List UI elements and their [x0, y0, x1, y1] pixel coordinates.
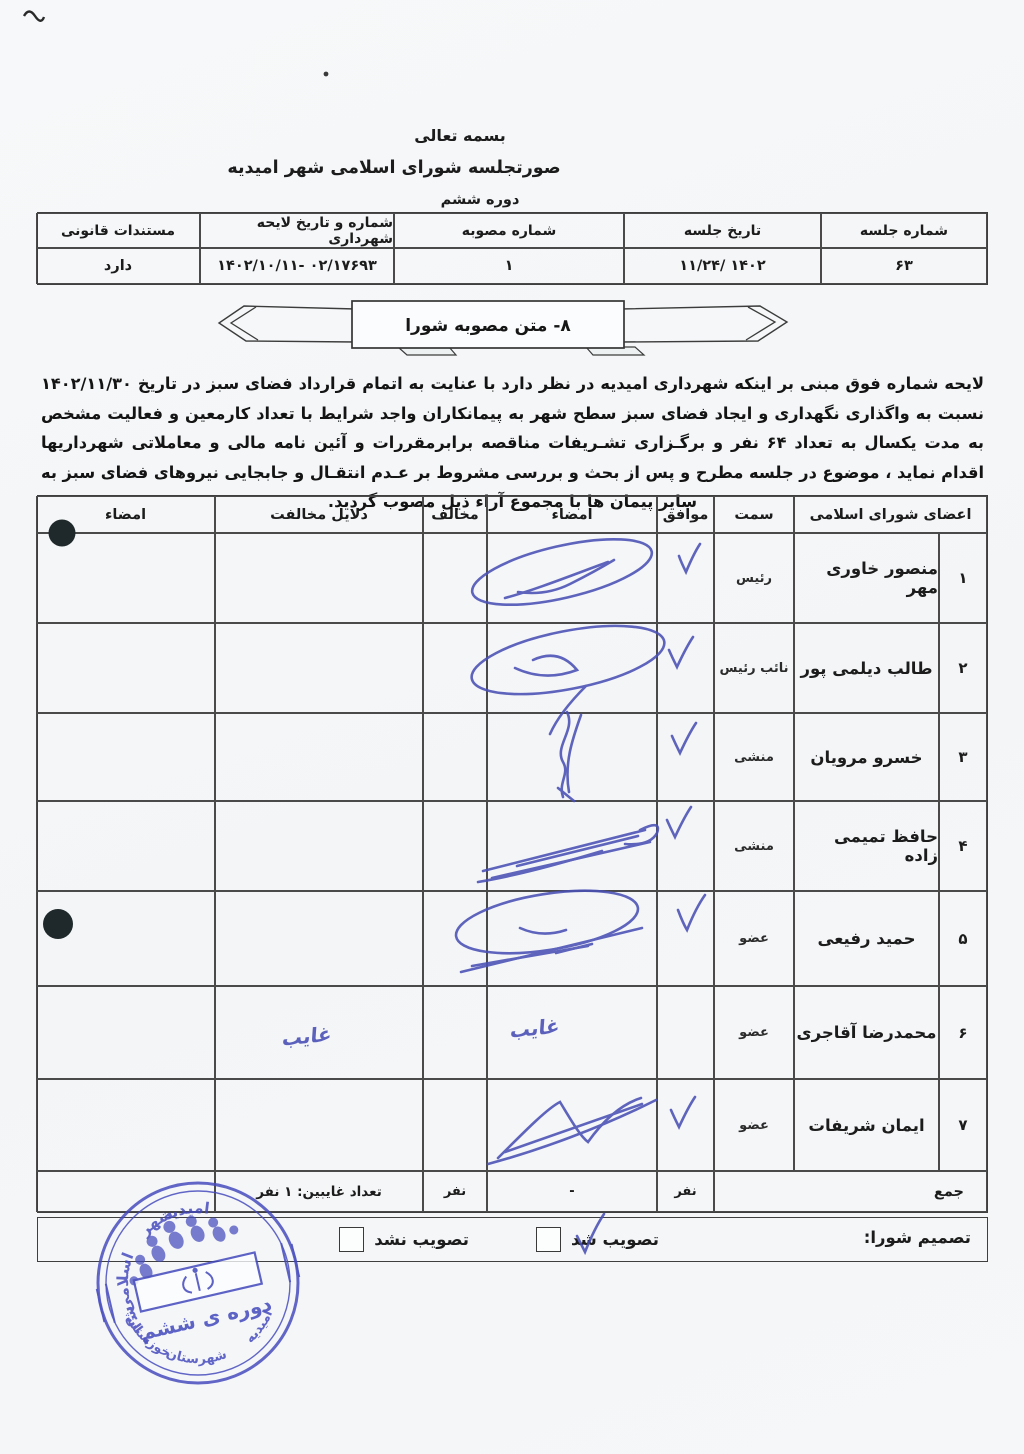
- agree-cell: [657, 986, 714, 1079]
- opposition-reasons-cell: [215, 623, 423, 713]
- option-approved: تصویب شد: [536, 1227, 659, 1252]
- member-position: منشی: [714, 801, 794, 891]
- ribbon-right-tail: [620, 306, 787, 342]
- ribbon-left-tail: [219, 306, 356, 342]
- header-legal-docs: مستندات قانونی: [36, 213, 200, 248]
- member-name: حافظ تمیمی زاده: [794, 801, 939, 891]
- signature2-cell: [36, 801, 215, 891]
- member-name: ایمان شریفات: [794, 1079, 939, 1171]
- council-stamp: شورای اسلامی شهر امیدیه استان خوزستان شه…: [80, 1160, 316, 1406]
- signature-cell: [487, 623, 657, 713]
- signature2-cell: [36, 713, 215, 801]
- signature-cell: [487, 1079, 657, 1171]
- total-signature-dash: -: [487, 1171, 657, 1212]
- opposition-reasons-cell: [215, 891, 423, 986]
- opposed-cell: [423, 801, 487, 891]
- row-number: ۷: [939, 1079, 987, 1171]
- value-bill-number-date: ۰۲/۱۷۶۹۳ -۱۴۰۲/۱۰/۱۱: [200, 248, 394, 284]
- agree-cell: [657, 891, 714, 986]
- header-session-number: شماره جلسه: [821, 213, 987, 248]
- agree-cell: [657, 623, 714, 713]
- document-title: صورتجلسه شورای اسلامی شهر امیدیه: [0, 158, 906, 178]
- signature-cell: [487, 891, 657, 986]
- approved-label: تصویب شد: [571, 1230, 659, 1249]
- row-number: ۲: [939, 623, 987, 713]
- bismillah-text: بسمه تعالی: [0, 126, 972, 145]
- not-approved-checkbox[interactable]: [339, 1227, 364, 1252]
- member-position: منشی: [714, 713, 794, 801]
- member-name: طالب دیلمی پور: [794, 623, 939, 713]
- scan-artifact-corner: [24, 12, 44, 21]
- signature2-cell: [36, 986, 215, 1079]
- header-session-date: تاریخ جلسه: [624, 213, 821, 248]
- not-approved-label: تصویب نشد: [374, 1230, 469, 1249]
- ribbon-title: ۸- متن مصوبه شورا: [405, 316, 571, 336]
- agree-cell: [657, 1079, 714, 1171]
- header-resolution-number: شماره مصوبه: [394, 213, 624, 248]
- total-agree-unit: نفر: [657, 1171, 714, 1212]
- member-name: حمید رفیعی: [794, 891, 939, 986]
- agree-cell: [657, 713, 714, 801]
- scan-artifact-dot: [324, 72, 329, 77]
- member-position: عضو: [714, 986, 794, 1079]
- signature-cell: [487, 713, 657, 801]
- member-position: عضو: [714, 1079, 794, 1171]
- scanned-document-page: بسمه تعالی صورتجلسه شورای اسلامی شهر امی…: [0, 0, 1024, 1454]
- row-number: ۶: [939, 986, 987, 1079]
- member-name: خسرو مرویان: [794, 713, 939, 801]
- header-signature: امضاء: [487, 496, 657, 533]
- decision-label: تصمیم شورا:: [864, 1228, 971, 1247]
- signature2-cell: [36, 623, 215, 713]
- council-term: دوره ششم: [0, 192, 992, 208]
- member-position: رئیس: [714, 533, 794, 623]
- signature-cell: [487, 801, 657, 891]
- agree-cell: [657, 801, 714, 891]
- option-not-approved: تصویب نشد: [339, 1227, 469, 1252]
- header-opposition-reasons: دلایل مخالفت: [215, 496, 423, 533]
- header-opposed: مخالف: [423, 496, 487, 533]
- signature2-cell: [36, 533, 215, 623]
- session-info-table: شماره جلسه تاریخ جلسه شماره مصوبه شماره …: [37, 212, 988, 285]
- opposed-cell: [423, 891, 487, 986]
- opposed-cell: [423, 713, 487, 801]
- value-legal-docs: دارد: [36, 248, 200, 284]
- opposed-cell: [423, 623, 487, 713]
- value-resolution-number: ۱: [394, 248, 624, 284]
- opposition-reasons-cell: [215, 533, 423, 623]
- signature-cell: [487, 533, 657, 623]
- header-members: اعضای شورای اسلامی: [794, 496, 987, 533]
- value-session-number: ۶۳: [821, 248, 987, 284]
- opposition-reasons-cell: [215, 1079, 423, 1171]
- total-opposed-unit: نفر: [423, 1171, 487, 1212]
- section-ribbon: ۸- متن مصوبه شورا: [210, 294, 794, 358]
- header-bill-number-date: شماره و تاریخ لایحه شهرداری: [200, 213, 394, 248]
- row-number: ۳: [939, 713, 987, 801]
- member-name: محمدرضا آقاجری: [794, 986, 939, 1079]
- row-number: ۱: [939, 533, 987, 623]
- resolution-text: لایحه شماره فوق مبنی بر اینکه شهرداری ام…: [41, 369, 984, 489]
- header-position: سمت: [714, 496, 794, 533]
- signature2-cell: [36, 1079, 215, 1171]
- header-signature-2: امضاء: [36, 496, 215, 533]
- opposition-reasons-cell: [215, 713, 423, 801]
- agree-cell: [657, 533, 714, 623]
- member-position: عضو: [714, 891, 794, 986]
- row-number: ۵: [939, 891, 987, 986]
- approved-checkbox[interactable]: [536, 1227, 561, 1252]
- total-label: جمع: [714, 1171, 987, 1212]
- opposed-cell: [423, 1079, 487, 1171]
- members-vote-table: اعضای شورای اسلامی سمت موافق امضاء مخالف…: [37, 495, 988, 1213]
- value-session-date: ۱۴۰۲ /۱۱/۲۴: [624, 248, 821, 284]
- row-number: ۴: [939, 801, 987, 891]
- signature2-cell: [36, 891, 215, 986]
- header-agree: موافق: [657, 496, 714, 533]
- opposition-reasons-cell: [215, 801, 423, 891]
- member-position: نائب رئیس: [714, 623, 794, 713]
- opposed-cell: [423, 533, 487, 623]
- member-name: منصور خاوری مهر: [794, 533, 939, 623]
- opposed-cell: [423, 986, 487, 1079]
